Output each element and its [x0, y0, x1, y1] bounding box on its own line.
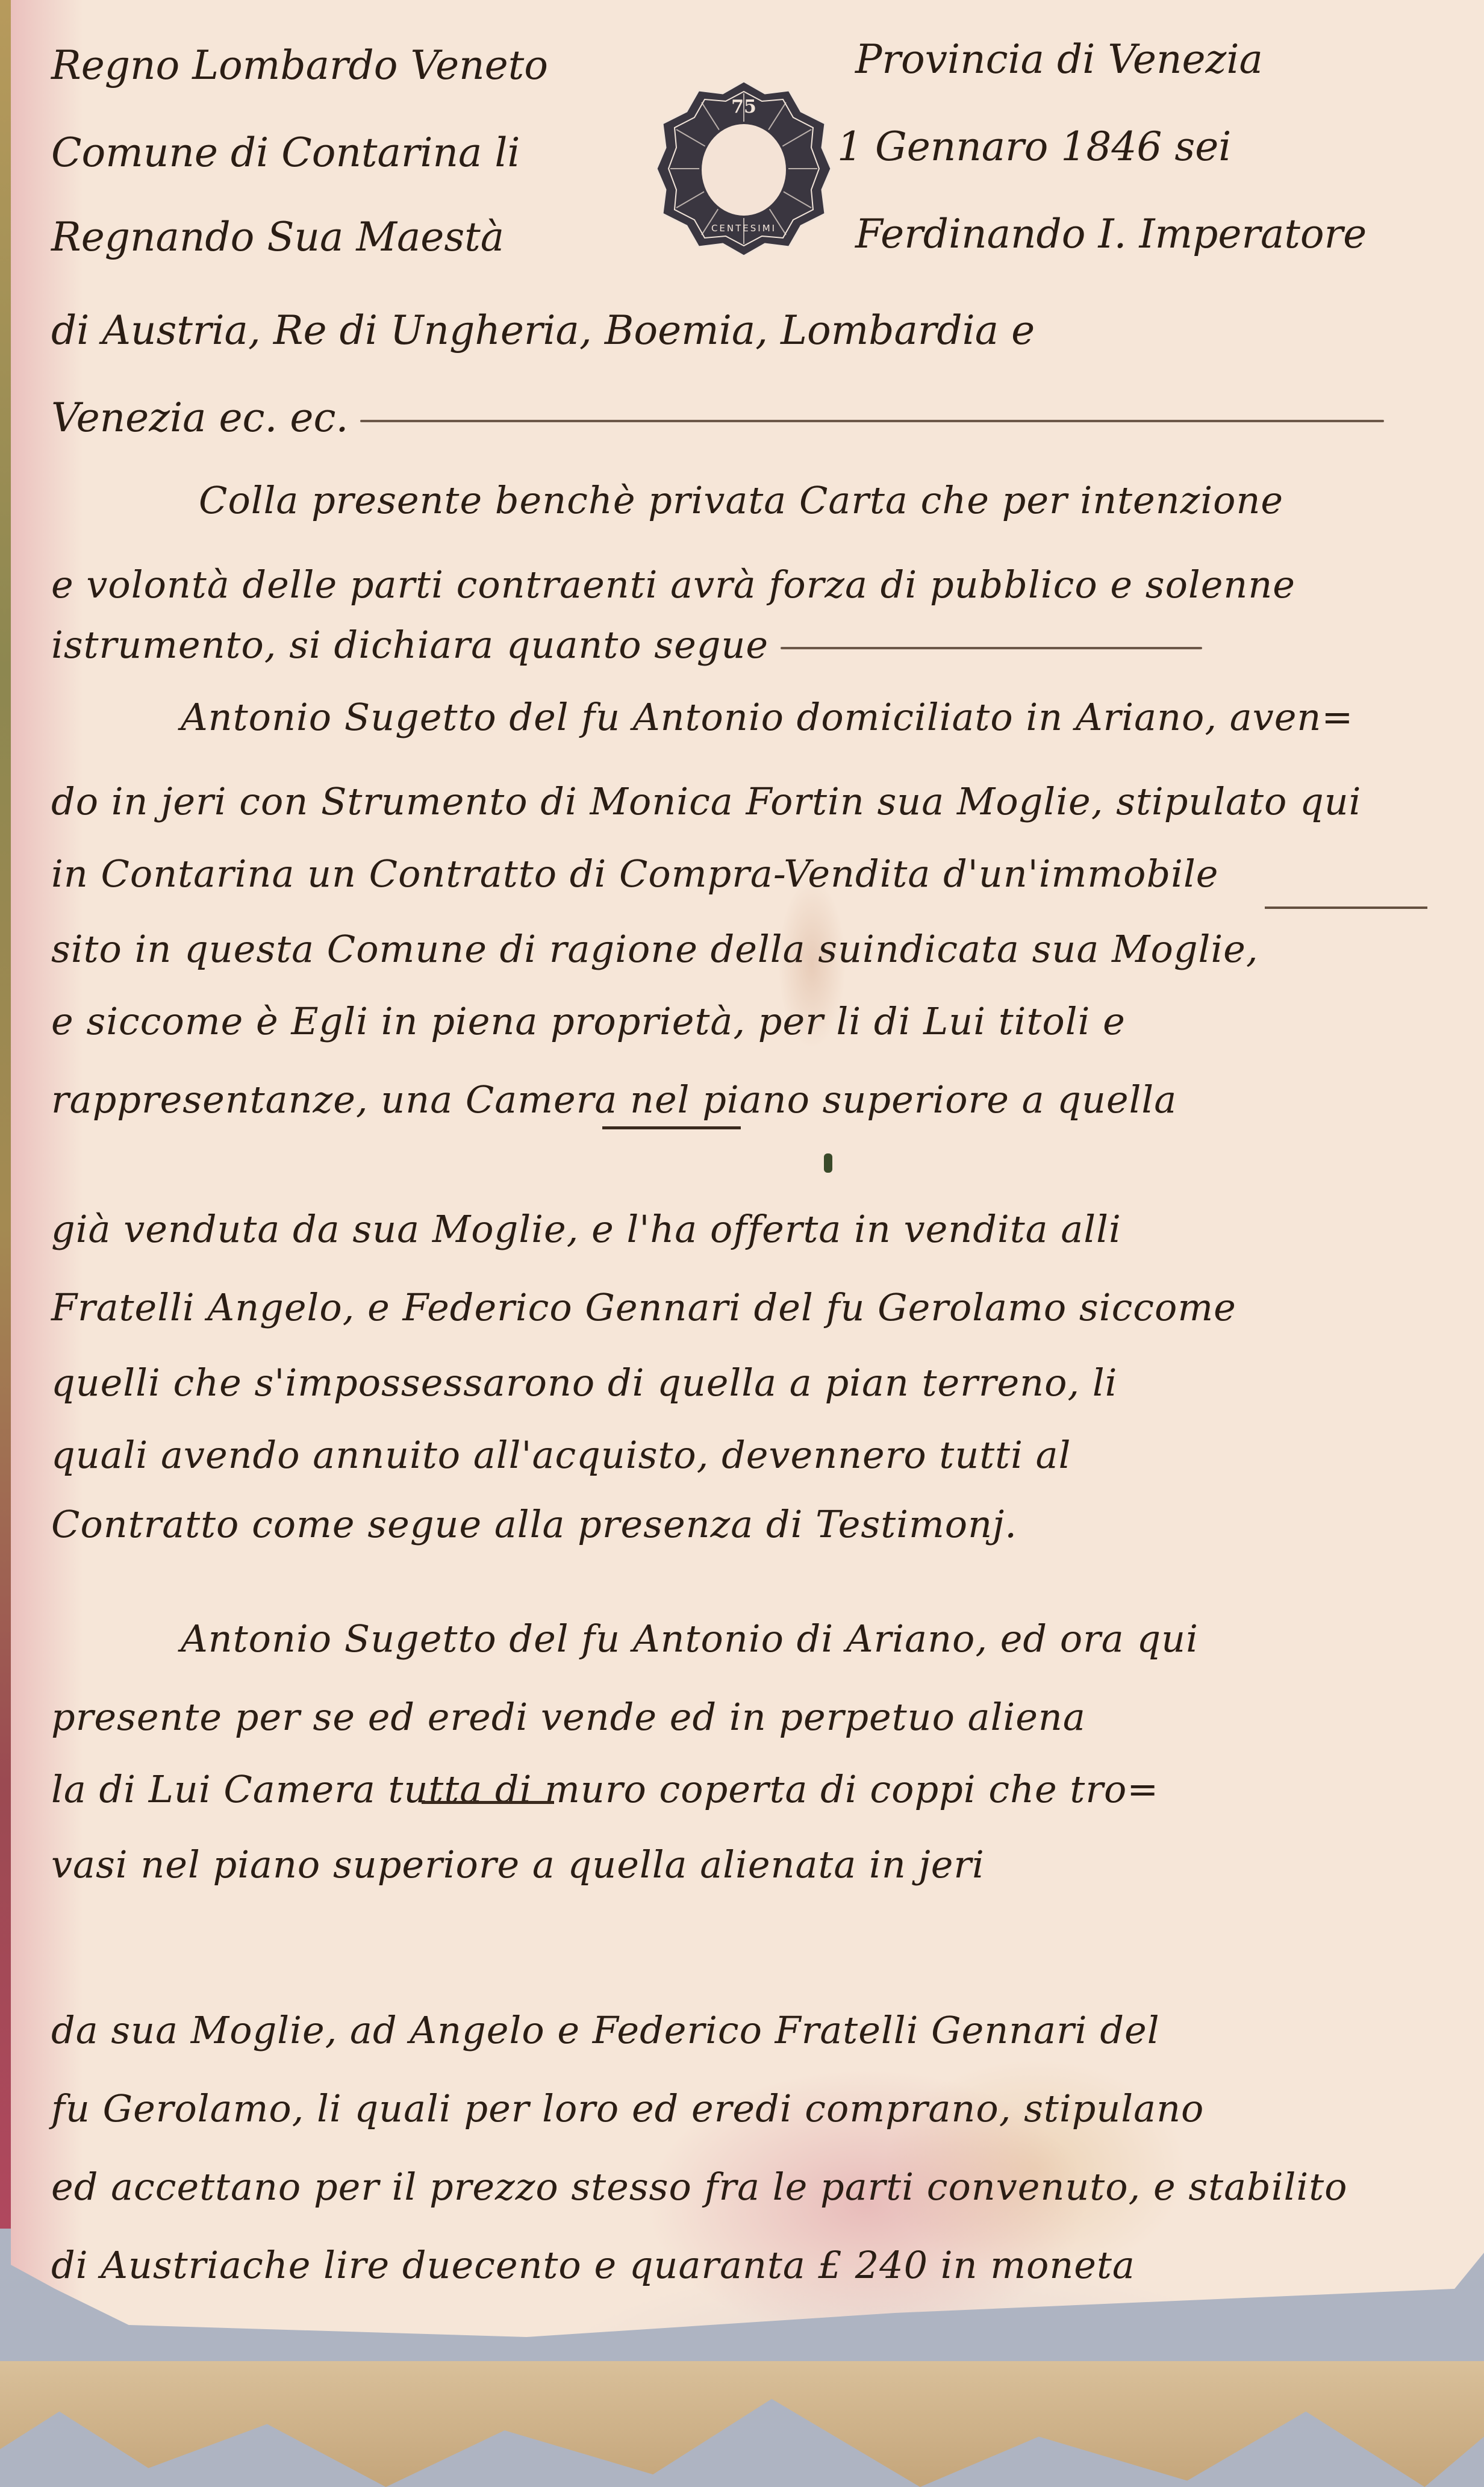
body-line: do in jeri con Strumento di Monica Forti… — [51, 783, 1362, 820]
header-kingdom: Regno Lombardo Veneto — [51, 42, 548, 89]
header-province: Provincia di Venezia — [855, 36, 1263, 83]
body-line: già venduta da sua Moglie, e l'ha offert… — [51, 1211, 1121, 1248]
header-titles: di Austria, Re di Ungheria, Boemia, Lomb… — [51, 307, 1035, 354]
body-line: Antonio Sugetto del fu Antonio di Ariano… — [181, 1620, 1199, 1658]
line-flourish — [360, 420, 1384, 422]
stamp-denomination: CENTESIMI — [653, 223, 834, 234]
body-line: quali avendo annuito all'acquisto, deven… — [51, 1437, 1071, 1474]
body-line: la di Lui Camera tutta di muro coperta d… — [51, 1771, 1159, 1808]
body-line: in Contarina un Contratto di Compra-Vend… — [51, 855, 1219, 893]
body-line: di Austriache lire duecento e quaranta £… — [51, 2247, 1135, 2284]
body-line: Fratelli Angelo, e Federico Gennari del … — [51, 1289, 1236, 1326]
underline-camera — [602, 1126, 741, 1129]
body-line: e volontà delle parti contraenti avrà fo… — [51, 566, 1295, 604]
body-line: ed accettano per il prezzo stesso fra le… — [51, 2168, 1347, 2206]
underline-camera — [422, 1801, 554, 1804]
underline-immobile — [1265, 906, 1427, 909]
header-commune: Comune di Contarina li — [51, 129, 520, 176]
body-line: quelli che s'impossessarono di quella a … — [51, 1364, 1117, 1402]
body-line: da sua Moglie, ad Angelo e Federico Frat… — [51, 2012, 1160, 2049]
line-flourish — [781, 647, 1202, 649]
body-line: fu Gerolamo, li quali per loro ed eredi … — [51, 2090, 1204, 2127]
body-line: istrumento, si dichiara quanto segue — [51, 626, 1202, 664]
header-reigning: Regnando Sua Maestà — [51, 214, 504, 260]
body-line: Contratto come segue alla presenza di Te… — [51, 1506, 1017, 1543]
body-line: e siccome è Egli in piena proprietà, per… — [51, 1003, 1126, 1040]
torn-underlying-page — [0, 2361, 1484, 2487]
header-venezia: Venezia ec. ec. — [51, 395, 1384, 441]
header-date: 1 Gennaro 1846 sei — [837, 123, 1231, 170]
header-emperor: Ferdinando I. Imperatore — [855, 211, 1367, 257]
body-line: rappresentanze, una Camera nel piano sup… — [51, 1081, 1177, 1119]
ink-blot — [824, 1153, 832, 1173]
body-line: vasi nel piano superiore a quella aliena… — [51, 1846, 985, 1883]
revenue-stamp-icon: 75 CENTESIMI — [653, 78, 834, 259]
body-line: Antonio Sugetto del fu Antonio domicilia… — [181, 699, 1353, 736]
body-line: presente per se ed eredi vende ed in per… — [51, 1699, 1086, 1736]
body-line: Colla presente benchè privata Carta che … — [199, 482, 1283, 519]
stamp-value: 75 — [653, 96, 834, 117]
body-line: sito in questa Comune di ragione della s… — [51, 931, 1259, 968]
